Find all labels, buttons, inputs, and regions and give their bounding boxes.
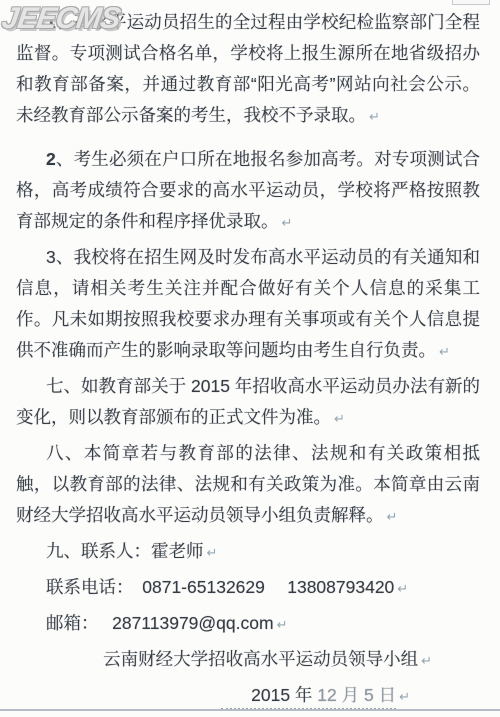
date-day-part: 12 月 5 日 — [317, 685, 396, 705]
paragraph-1-text: 、高水平运动员招生的全过程由学校纪检监察部门全程监督。专项测试合格名单，学校将上… — [16, 12, 480, 125]
paragraph-mark-icon: ↵ — [334, 411, 345, 426]
scanned-document-page: JEECMS 1、高水平运动员招生的全过程由学校纪检监察部门全程监督。专项测试合… — [0, 0, 500, 717]
paragraph-7: 七、如教育部关于 2015 年招收高水平运动员办法有新的变化，则以教育部颁布的正… — [16, 371, 480, 434]
paragraph-2-text: 、考生必须在户口所在地报名参加高考。对专项测试合格，高考成绩符合要求的高水平运动… — [16, 149, 480, 231]
paragraph-1-number: 1 — [46, 12, 56, 32]
paragraph-mark-icon: ↵ — [277, 617, 288, 632]
date-year-part: 2015 年 — [251, 685, 317, 705]
paragraph-3-text: 3、我校将在招生网及时发布高水平运动员的有关通知和信息，请相关考生关注并配合做好… — [16, 247, 480, 360]
cutoff-box — [452, 0, 490, 5]
paragraph-3: 3、我校将在招生网及时发布高水平运动员的有关通知和信息，请相关考生关注并配合做好… — [16, 242, 480, 367]
bottom-divider — [0, 709, 500, 711]
paragraph-7-text: 七、如教育部关于 2015 年招收高水平运动员办法有新的变化，则以教育部颁布的正… — [16, 376, 480, 427]
signature-line: 云南财经大学招收高水平运动员领导小组↵ — [16, 644, 480, 676]
paragraph-2: 2、考生必须在户口所在地报名参加高考。对专项测试合格，高考成绩符合要求的高水平运… — [16, 144, 480, 238]
contact-person-line: 九、联系人：霍老师↵ — [16, 536, 480, 568]
document-content: 1、高水平运动员招生的全过程由学校纪检监察部门全程监督。专项测试合格名单，学校将… — [0, 0, 500, 712]
contact-phone-text: 联系电话： 0871-65132629 13808793420 — [46, 577, 394, 597]
paragraph-mark-icon: ↵ — [397, 581, 408, 596]
signature-text: 云南财经大学招收高水平运动员领导小组 — [103, 649, 418, 669]
contact-email-line: 邮箱： 287113979@qq.com↵ — [16, 608, 480, 640]
paragraph-1: 1、高水平运动员招生的全过程由学校纪检监察部门全程监督。专项测试合格名单，学校将… — [16, 7, 480, 132]
paragraph-mark-icon: ↵ — [369, 109, 380, 124]
paragraph-2-number: 2 — [46, 149, 56, 169]
contact-person-text: 九、联系人：霍老师 — [46, 541, 204, 561]
paragraph-mark-icon: ↵ — [439, 344, 450, 359]
paragraph-mark-icon: ↵ — [421, 653, 432, 668]
paragraph-mark-icon: ↵ — [399, 689, 410, 704]
date-line: 2015 年 12 月 5 日↵ — [16, 680, 480, 712]
paragraph-mark-icon: ↵ — [207, 545, 218, 560]
paragraph-mark-icon: ↵ — [387, 509, 398, 524]
contact-email-text: 邮箱： 287113979@qq.com — [46, 613, 274, 633]
paragraph-8: 八、本简章若与教育部的法律、法规和有关政策相抵触，以教育部的法律、法规和有关政策… — [16, 438, 480, 532]
contact-phone-line: 联系电话： 0871-65132629 13808793420↵ — [16, 572, 480, 604]
date-underline: 2015 年 12 月 5 日 — [221, 683, 396, 710]
paragraph-8-text: 八、本简章若与教育部的法律、法规和有关政策相抵触，以教育部的法律、法规和有关政策… — [16, 443, 480, 525]
paragraph-mark-icon: ↵ — [282, 215, 293, 230]
